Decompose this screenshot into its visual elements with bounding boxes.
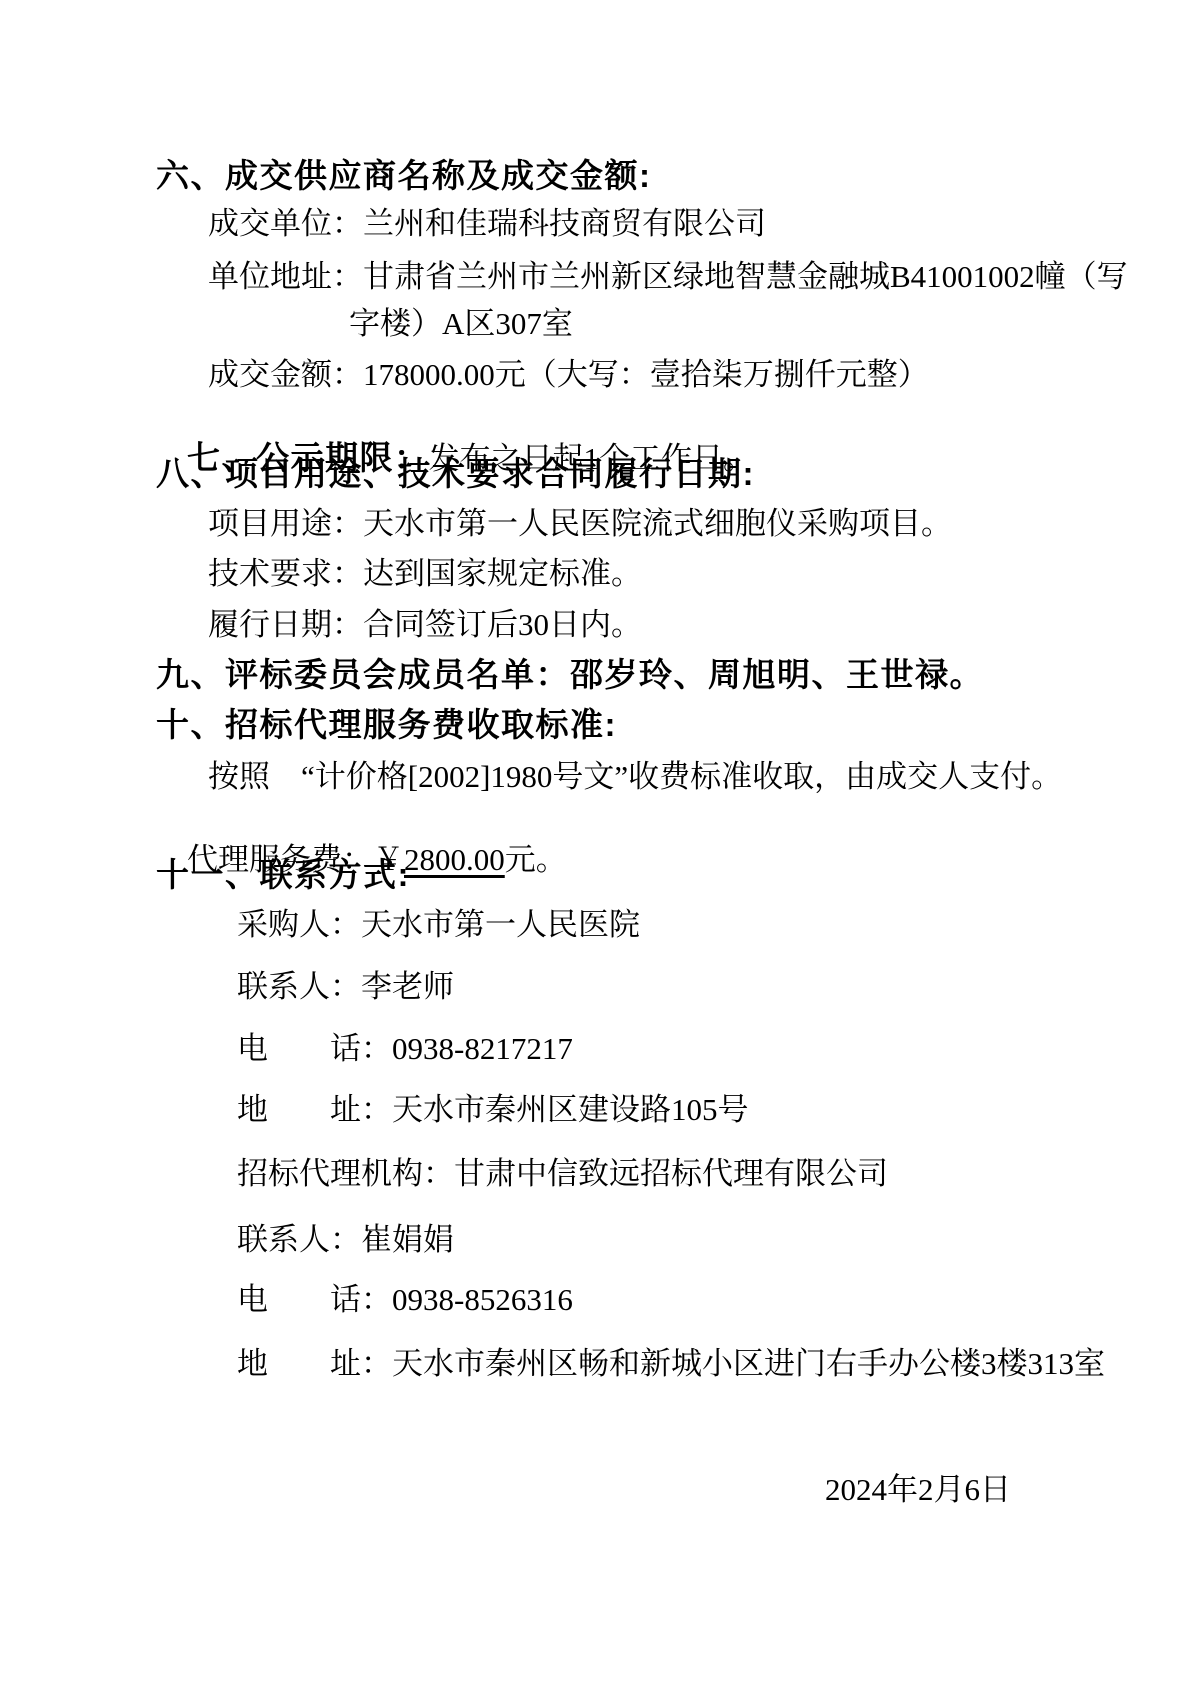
section-11-heading: 十一、联系方式: <box>156 856 410 894</box>
purchaser-phone-line: 电 话：0938-8217217 <box>237 1031 573 1067</box>
award-amount-line: 成交金额：178000.00元（大写：壹拾柒万捌仟元整） <box>208 357 929 393</box>
performance-date-line: 履行日期：合同签订后30日内。 <box>208 607 642 643</box>
awarded-supplier-line: 成交单位：兰州和佳瑞科技商贸有限公司 <box>208 206 766 242</box>
purchaser-line: 采购人：天水市第一人民医院 <box>237 907 640 943</box>
agency-fee-value: 2800.00 <box>404 842 505 877</box>
agency-fee-basis-line: 按照 “计价格[2002]1980号文”收费标准收取，由成交人支付。 <box>208 759 1062 795</box>
document-page: 六、成交供应商名称及成交金额: 成交单位：兰州和佳瑞科技商贸有限公司 单位地址：… <box>0 0 1191 1684</box>
technical-requirement-line: 技术要求：达到国家规定标准。 <box>208 556 642 592</box>
agency-fee-unit: 元。 <box>505 842 567 877</box>
purchaser-contact-line: 联系人：李老师 <box>237 969 454 1005</box>
agency-address-line: 地 址：天水市秦州区畅和新城小区进门右手办公楼3楼313室 <box>237 1346 1105 1382</box>
supplier-address-line-2: 字楼）A区307室 <box>349 306 573 342</box>
section-6-heading: 六、成交供应商名称及成交金额: <box>156 157 652 195</box>
section-8-heading: 八、项目用途、技术要求合同履行日期: <box>156 455 755 493</box>
section-10-heading: 十、招标代理服务费收取标准: <box>156 706 617 744</box>
document-date: 2024年2月6日 <box>825 1472 1011 1508</box>
agency-contact-line: 联系人：崔娟娟 <box>237 1222 454 1258</box>
purchaser-address-line: 地 址：天水市秦州区建设路105号 <box>237 1092 749 1128</box>
project-use-line: 项目用途：天水市第一人民医院流式细胞仪采购项目。 <box>208 506 952 542</box>
supplier-address-line-1: 单位地址：甘肃省兰州市兰州新区绿地智慧金融城B41001002幢（写 <box>208 259 1128 295</box>
agency-name-line: 招标代理机构：甘肃中信致远招标代理有限公司 <box>237 1156 888 1192</box>
section-9-heading: 九、评标委员会成员名单：邵岁玲、周旭明、王世禄。 <box>156 656 984 694</box>
agency-phone-line: 电 话：0938-8526316 <box>237 1282 573 1318</box>
